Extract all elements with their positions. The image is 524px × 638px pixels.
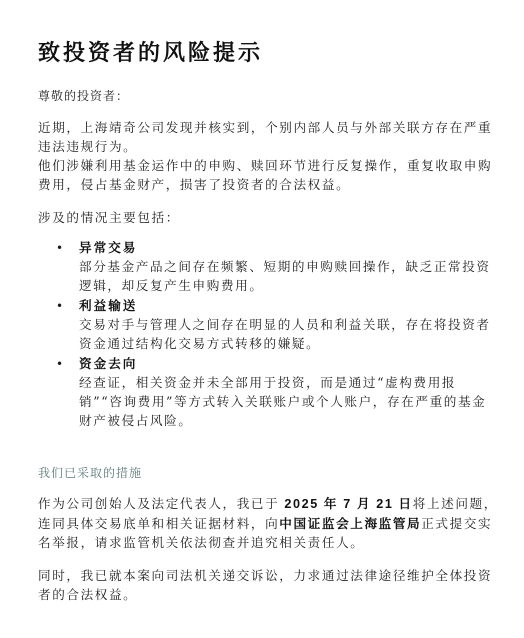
- list-item-fund-flow: • 资金去向 经查证，相关资金并未全部用于投资，而是通过“虚构费用报销”“咨询费…: [38, 354, 500, 430]
- measures-paragraph-2: 同时，我已就本案向司法机关递交诉讼，力求通过法律途径维护全体投资者的合法权益。: [38, 566, 500, 604]
- intro-paragraph-1: 近期，上海靖奇公司发现并核实到，个别内部人员与外部关联方存在严重违法违规行为。: [38, 118, 500, 156]
- list-item-benefit-transfer: • 利益输送 交易对手与管理人之间存在明显的人员和利益关联，存在将投资者资金通过…: [38, 296, 500, 353]
- measures-text-part-1: 作为公司创始人及法定代表人，我已于: [38, 496, 279, 511]
- list-item-title: 异常交易: [79, 238, 500, 257]
- report-date-year-char: 年: [324, 496, 338, 511]
- report-date-day-char: 日: [399, 496, 413, 511]
- list-item-title: 利益输送: [79, 296, 500, 315]
- salutation: 尊敬的投资者：: [38, 87, 129, 104]
- report-date-month-char: 月: [357, 496, 371, 511]
- regulator-name: 中国证监会上海监管局: [279, 516, 421, 531]
- list-item-abnormal-trading: • 异常交易 部分基金产品之间存在频繁、短期的申购赎回操作，缺乏正常投资逻辑，却…: [38, 238, 500, 295]
- list-item-title: 资金去向: [79, 354, 500, 373]
- measures-heading: 我们已采取的措施: [38, 464, 142, 481]
- list-item-body: 经查证，相关资金并未全部用于投资，而是通过“虚构费用报销”“咨询费用”等方式转入…: [79, 373, 500, 430]
- report-date-month: 7: [338, 497, 357, 511]
- report-date-year: 2025: [279, 497, 324, 511]
- measures-paragraph-1: 作为公司创始人及法定代表人，我已于 2025 年 7 月 21 日将上述问题，连…: [38, 494, 500, 552]
- list-item-body: 部分基金产品之间存在频繁、短期的申购赎回操作，缺乏正常投资逻辑，却反复产生申购费…: [79, 257, 500, 295]
- bullet-icon: •: [56, 239, 63, 258]
- list-intro: 涉及的情况主要包括：: [38, 208, 500, 227]
- list-item-body: 交易对手与管理人之间存在明显的人员和利益关联，存在将投资者资金通过结构化交易方式…: [79, 315, 500, 353]
- bullet-icon: •: [56, 355, 63, 374]
- document-title: 致投资者的风险提示: [38, 36, 263, 67]
- bullet-icon: •: [56, 297, 63, 316]
- intro-paragraph-2: 他们涉嫌利用基金运作中的申购、赎回环节进行反复操作，重复收取申购费用，侵占基金财…: [38, 156, 500, 194]
- issues-list: • 异常交易 部分基金产品之间存在频繁、短期的申购赎回操作，缺乏正常投资逻辑，却…: [38, 238, 500, 431]
- report-date-day: 21: [371, 497, 398, 511]
